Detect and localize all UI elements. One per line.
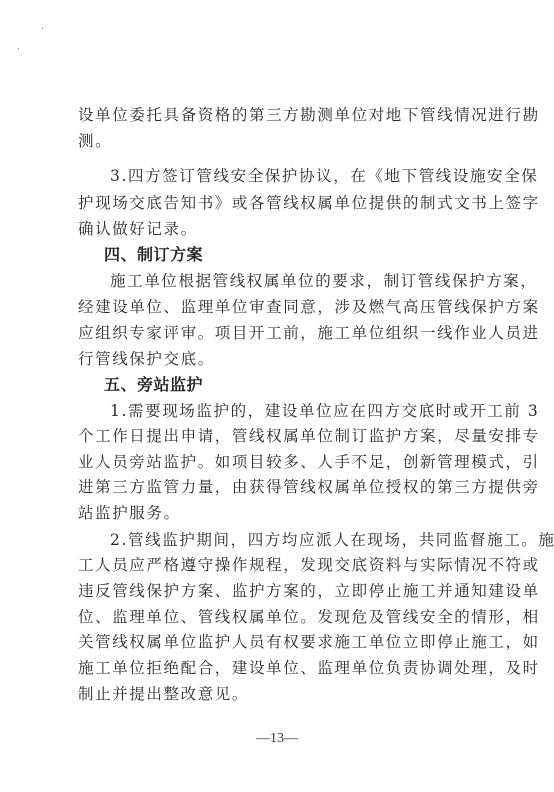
body-line: 违反管线保护方案、监护方案的，立即停止施工并通知建设单 — [78, 581, 478, 601]
body-line: 1.需要现场监护的，建设单位应在四方交底时或开工前 3 — [110, 401, 478, 421]
body-line: 业人员旁站监护。如项目较多、人手不足，创新管理模式，引 — [78, 452, 478, 472]
body-line: 位、监理单位、管线权属单位。发现危及管线安全的情形，相 — [78, 607, 478, 627]
section-heading: 四、制订方案 — [104, 245, 203, 265]
body-line: 3.四方签订管线安全保护协议，在《地下管线设施安全保 — [110, 166, 478, 186]
body-line: 工人员应严格遵守操作规程，发现交底资料与实际情况不符或 — [78, 555, 478, 575]
body-line: 关管线权属单位监护人员有权要求施工单位立即停止施工，如 — [78, 632, 478, 652]
scan-speck — [42, 28, 43, 29]
body-line: 施工单位根据管线权属单位的要求，制订管线保护方案， — [110, 271, 478, 291]
body-line: 应组织专家评审。项目开工前，施工单位组织一线作业人员进 — [78, 323, 478, 343]
body-line: 确认做好记录。 — [78, 219, 478, 239]
body-line: 施工单位拒绝配合，建设单位、监理单位负责协调处理，及时 — [78, 658, 478, 678]
body-line: 2.管线监护期间，四方均应派人在现场，共同监督施工。施 — [110, 530, 478, 550]
section-heading: 五、旁站监护 — [104, 375, 203, 395]
body-line: 经建设单位、监理单位审查同意，涉及燃气高压管线保护方案 — [78, 297, 478, 317]
body-line: 站监护服务。 — [78, 503, 478, 523]
scan-speck — [18, 48, 19, 49]
body-line: 行管线保护交底。 — [78, 349, 478, 369]
body-line: 进第三方监管力量，由获得管线权属单位授权的第三方提供旁 — [78, 477, 478, 497]
body-line: 设单位委托具备资格的第三方勘测单位对地下管线情况进行勘 — [78, 105, 478, 125]
body-line: 制止并提出整改意见。 — [78, 684, 478, 704]
body-line: 测。 — [78, 131, 478, 151]
body-line: 个工作日提出申请，管线权属单位制订监护方案，尽量安排专 — [78, 426, 478, 446]
body-line: 护现场交底告知书》或各管线权属单位提供的制式文书上签字 — [78, 193, 478, 213]
page-number: —13— — [0, 731, 554, 747]
